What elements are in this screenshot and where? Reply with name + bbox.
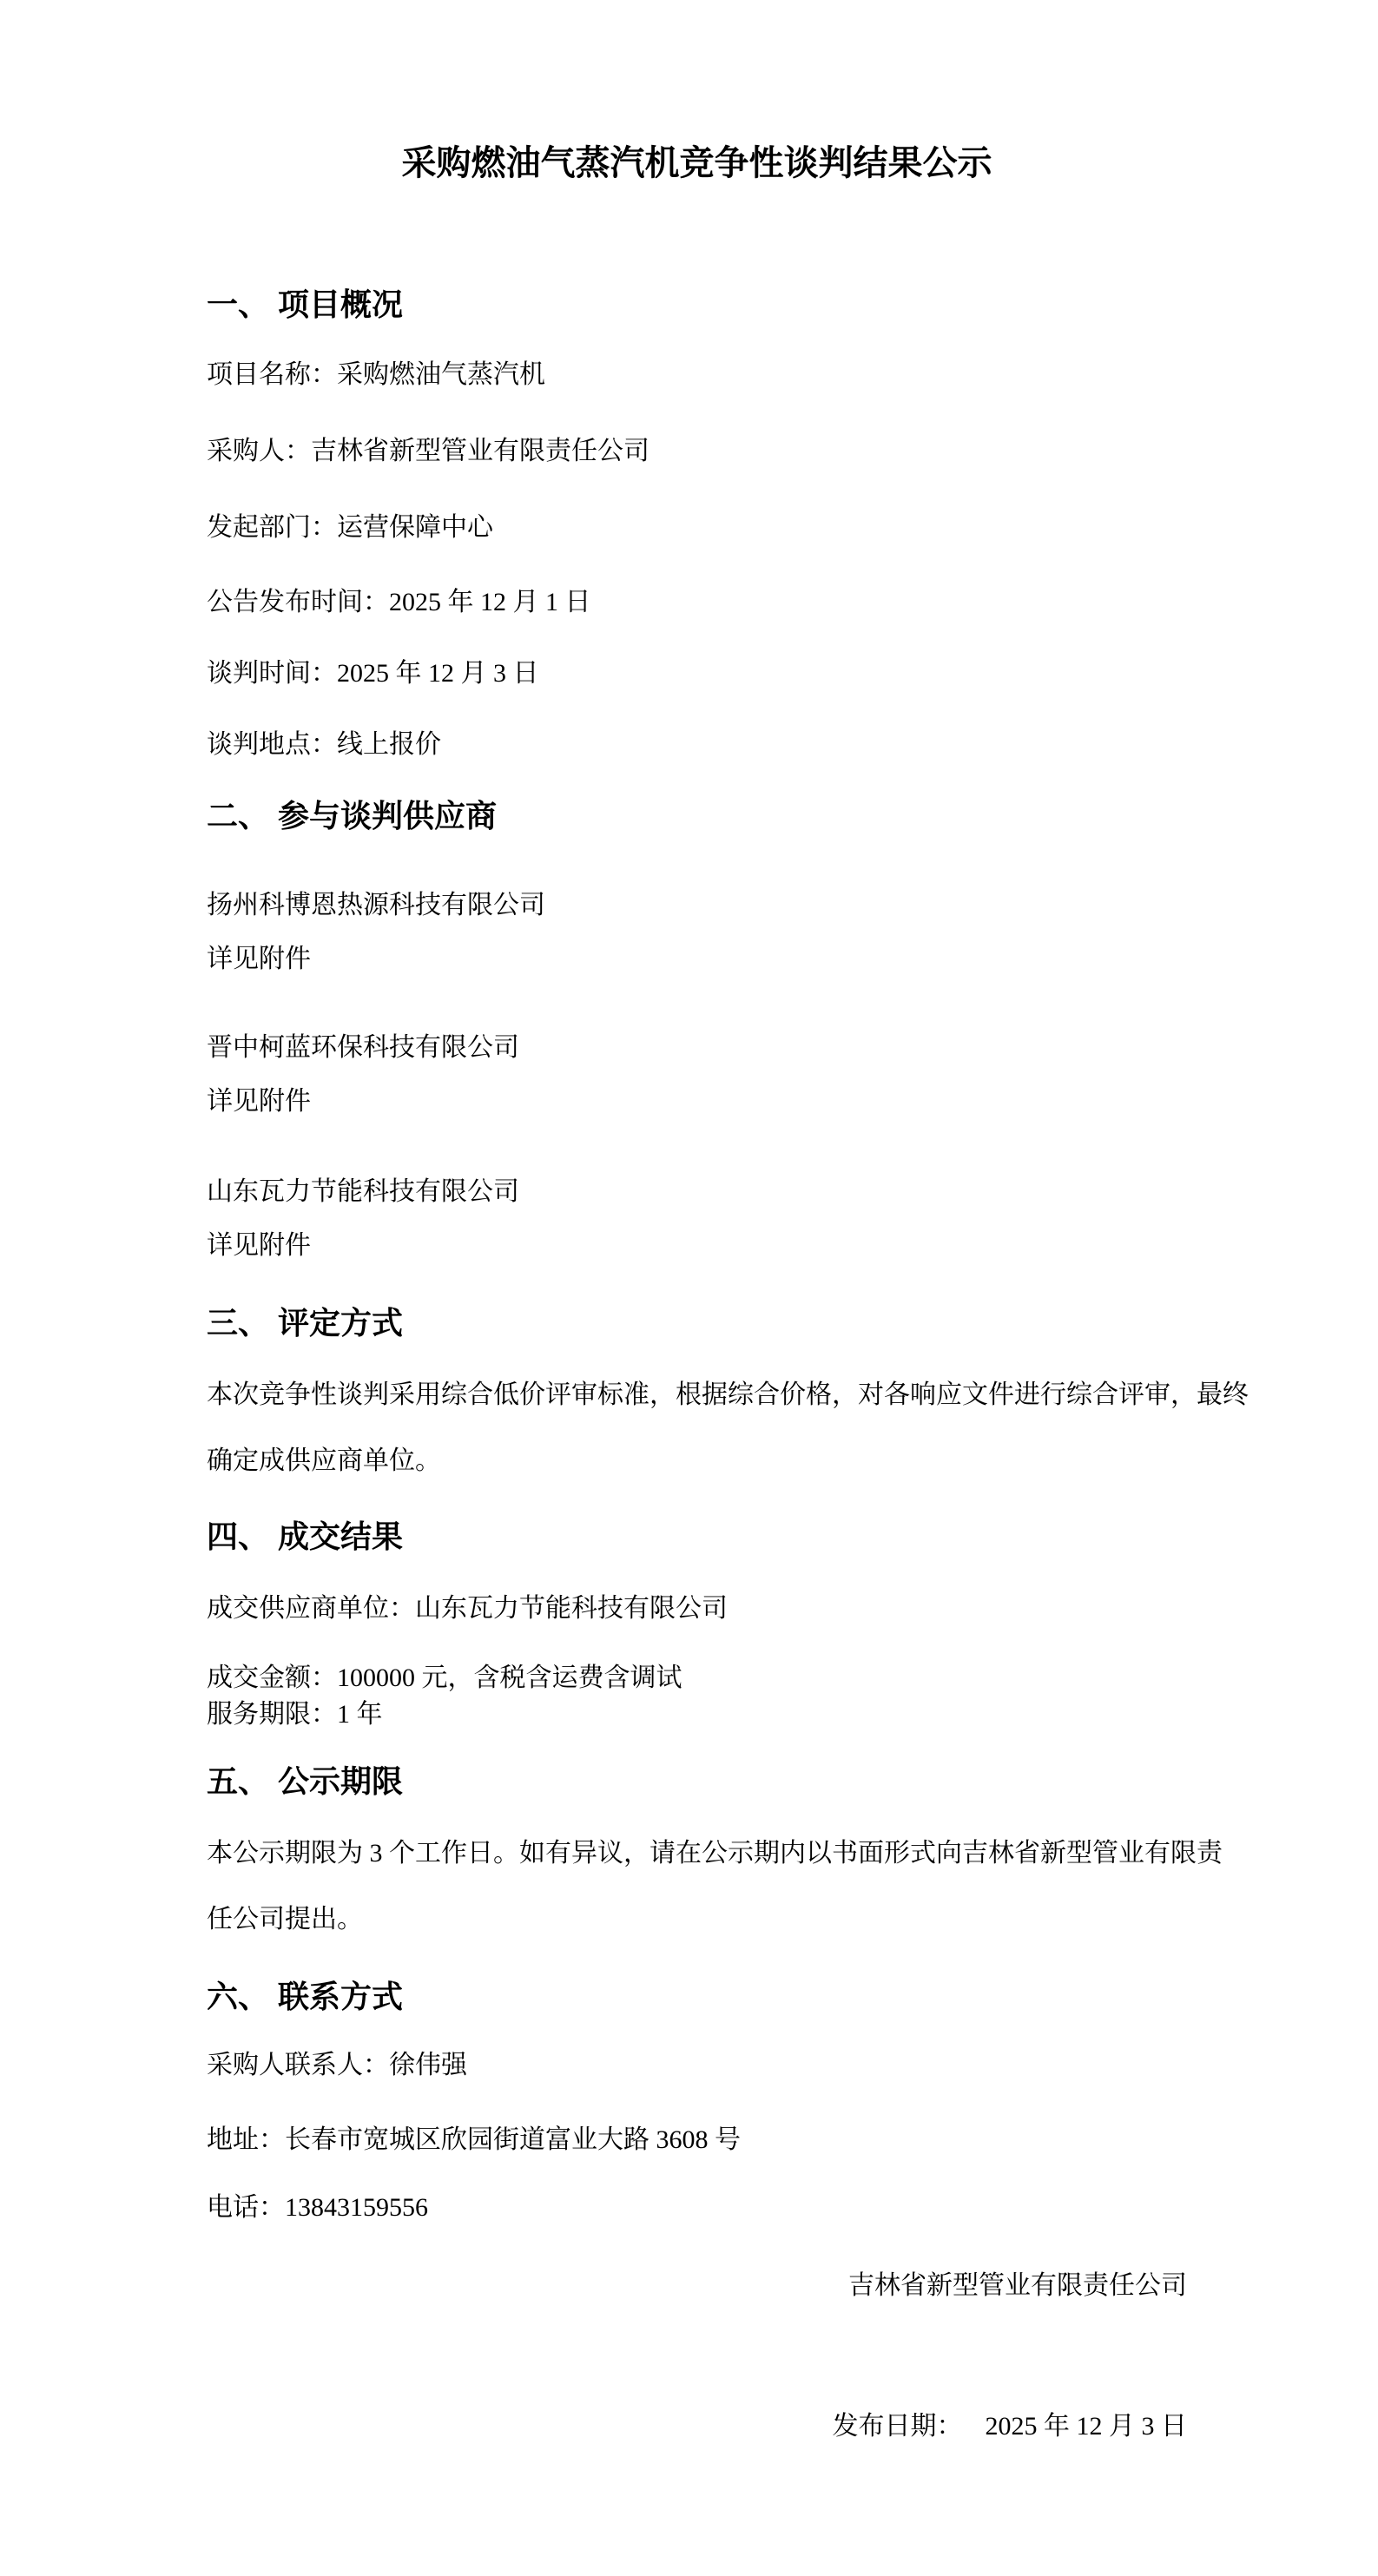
supplier-name: 山东瓦力节能科技有限公司 (207, 1175, 1187, 1209)
announcement-document: 采购燃油气蒸汽机竞争性谈判结果公示 一、 项目概况 项目名称：采购燃油气蒸汽机 … (0, 0, 1378, 2576)
attachment-note: 详见附件 (207, 1084, 1187, 1119)
supplier-name: 晋中柯蓝环保科技有限公司 (207, 1031, 1187, 1065)
section-heading-evaluation-method: 三、 评定方式 (207, 1302, 1187, 1344)
deal-amount: 成交金额：100000 元，含税含运费含调试 (207, 1661, 1187, 1696)
company-signature: 吉林省新型管业有限责任公司 (207, 2269, 1187, 2303)
attachment-note: 详见附件 (207, 1229, 1187, 1263)
publicity-period-line-2: 任公司提出。 (207, 1902, 1187, 1937)
service-period: 服务期限：1 年 (207, 1697, 1187, 1732)
evaluation-method-line-1: 本次竞争性谈判采用综合低价评审标准，根据综合价格，对各响应文件进行综合评审，最终 (207, 1378, 1187, 1413)
contact-person: 采购人联系人：徐伟强 (207, 2048, 1187, 2083)
initiating-department: 发起部门：运营保障中心 (207, 511, 1187, 545)
section-heading-publicity-period: 五、 公示期限 (207, 1761, 1187, 1802)
contact-address: 地址：长春市宽城区欣园街道富业大路 3608 号 (207, 2123, 1187, 2158)
evaluation-method-line-2: 确定成供应商单位。 (207, 1444, 1187, 1479)
contact-phone: 电话：13843159556 (207, 2191, 1187, 2225)
negotiation-time: 谈判时间：2025 年 12 月 3 日 (207, 656, 1187, 691)
purchaser: 采购人：吉林省新型管业有限责任公司 (207, 434, 1187, 469)
winning-supplier: 成交供应商单位：山东瓦力节能科技有限公司 (207, 1591, 1187, 1626)
publicity-period-line-1: 本公示期限为 3 个工作日。如有异议，请在公示期内以书面形式向吉林省新型管业有限… (207, 1836, 1187, 1871)
project-name: 项目名称：采购燃油气蒸汽机 (207, 358, 1187, 392)
announcement-publish-time: 公告发布时间：2025 年 12 月 1 日 (207, 585, 1187, 620)
negotiation-location: 谈判地点：线上报价 (207, 728, 1187, 762)
section-heading-contact-info: 六、 联系方式 (207, 1976, 1187, 2018)
publish-date-label: 发布日期： (833, 2412, 963, 2441)
publish-date-value: 2025 年 12 月 3 日 (986, 2412, 1188, 2441)
page-title: 采购燃油气蒸汽机竞争性谈判结果公示 (207, 139, 1187, 188)
section-heading-deal-result: 四、 成交结果 (207, 1516, 1187, 1558)
supplier-name: 扬州科博恩热源科技有限公司 (207, 888, 1187, 923)
attachment-note: 详见附件 (207, 942, 1187, 977)
section-heading-project-overview: 一、 项目概况 (207, 284, 1187, 326)
publish-date-line: 发布日期：2025 年 12 月 3 日 (207, 2409, 1187, 2444)
section-heading-participating-suppliers: 二、 参与谈判供应商 (207, 795, 1187, 837)
